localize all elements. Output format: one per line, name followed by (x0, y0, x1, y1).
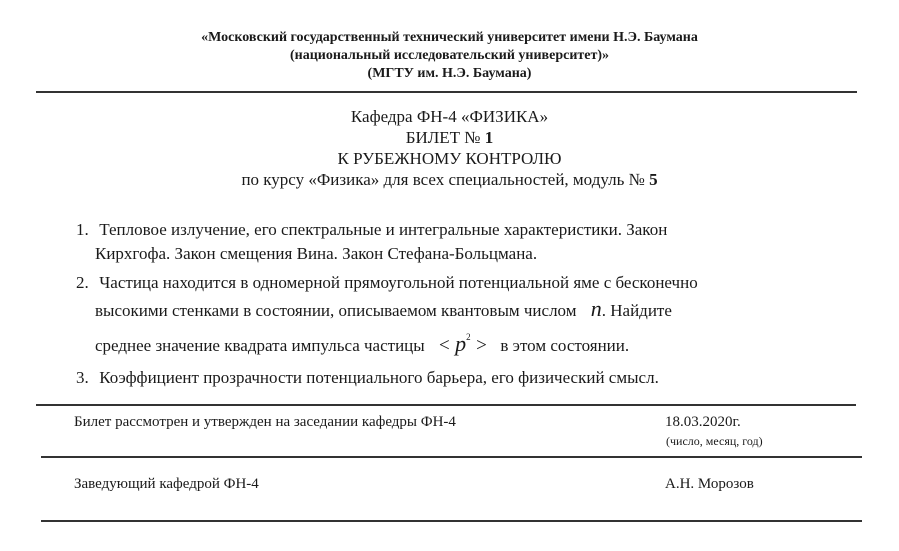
question-1-number: 1. (76, 219, 89, 240)
question-3-number: 3. (76, 367, 89, 388)
footer-divider-top (36, 404, 856, 406)
course-text: по курсу «Физика» для всех специальносте… (241, 170, 644, 189)
question-1-line2: Кирхгофа. Закон смещения Вина. Закон Сте… (95, 243, 537, 264)
question-2-text: Частица находится в одномерной прямоугол… (99, 273, 697, 292)
momentum-squared-formula: < p2 > (439, 331, 492, 356)
question-3-text: Коэффициент прозрачности потенциального … (99, 368, 659, 387)
head-name: А.Н. Морозов (665, 475, 754, 494)
question-2-line2: высокими стенками в состоянии, описываем… (95, 298, 672, 321)
footer-divider-middle (41, 456, 862, 458)
university-abbreviation: (МГТУ им. Н.Э. Баумана) (0, 65, 899, 83)
question-2-number: 2. (76, 272, 89, 293)
question-2-line3: среднее значение квадрата импульса части… (95, 333, 629, 359)
ticket-number: 1 (485, 128, 494, 147)
date-hint: (число, месяц, год) (666, 434, 763, 449)
question-2-line2-text: высокими стенками в состоянии, описываем… (95, 301, 577, 320)
question-2-line3-text: среднее значение квадрата импульса части… (95, 336, 425, 355)
ticket-title: БИЛЕТ № 1 (0, 127, 899, 148)
department-name: Кафедра ФН-4 «ФИЗИКА» (0, 106, 899, 127)
head-title: Заведующий кафедрой ФН-4 (74, 475, 259, 494)
quantum-number-variable: n (591, 296, 602, 321)
question-2-line3-tail: в этом состоянии. (500, 336, 629, 355)
university-name-line1: «Московский государственный технический … (0, 29, 899, 47)
question-1-line1: 1. Тепловое излучение, его спектральные … (76, 219, 667, 240)
footer-divider-bottom (41, 520, 862, 522)
formula-close-bracket: > (476, 335, 487, 356)
formula-open-bracket: < (439, 335, 450, 356)
approval-text: Билет рассмотрен и утвержден на заседани… (74, 413, 456, 432)
university-name-line2: (национальный исследовательский универси… (0, 47, 899, 65)
approval-date: 18.03.2020г. (665, 413, 741, 432)
ticket-label: БИЛЕТ № (406, 128, 481, 147)
formula-variable: p (455, 331, 466, 356)
question-2-line1: 2. Частица находится в одномерной прямоу… (76, 272, 698, 293)
control-title: К РУБЕЖНОМУ КОНТРОЛЮ (0, 148, 899, 169)
module-number: 5 (649, 170, 658, 189)
course-line: по курсу «Физика» для всех специальносте… (0, 169, 899, 190)
question-1-text: Тепловое излучение, его спектральные и и… (99, 220, 667, 239)
question-2-line2-tail: . Найдите (602, 301, 672, 320)
header-divider (36, 91, 857, 93)
formula-exponent: 2 (466, 332, 471, 342)
question-3-line1: 3. Коэффициент прозрачности потенциально… (76, 367, 659, 388)
